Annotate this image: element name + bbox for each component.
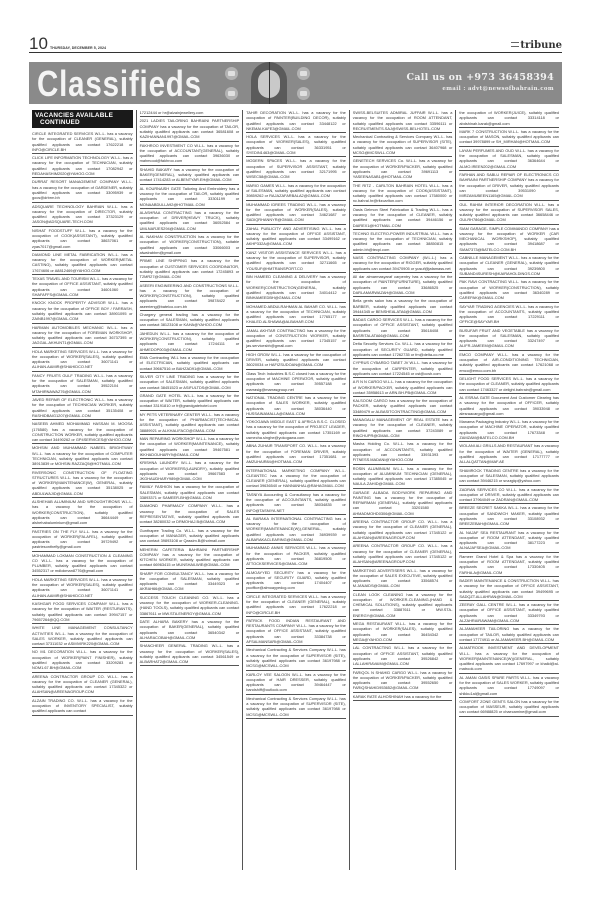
classified-ad: AL NAJAF SEA RESTAURANT has a vacancy fo… (459, 529, 559, 553)
classified-ad: NISHAT FOODSTUFF W.L.L. has a vacancy fo… (32, 227, 133, 251)
classified-ad: AREENA CONTRACTOR GROUP CO. W.L.L. has a… (32, 673, 133, 697)
banner-email: email : advt@newsofbahrain.com (442, 86, 554, 92)
avatar-divider (269, 62, 270, 104)
classified-ad: PATRICK FOOD INDIAN RESTAURANT AND RESTA… (246, 617, 346, 646)
classified-ad: CLICK LIFE INFORMATION TECHNOLOGY W.L.L.… (32, 154, 133, 178)
classified-ad: A R N N CARGO W.L.L. has a vacancy for t… (353, 378, 453, 397)
column-3: TAHIR DECORATION W.L.L. has a vacancy fo… (242, 110, 349, 870)
classified-ad: PASTRIES ON THE FLY W.L.L. has a vacancy… (32, 528, 133, 552)
classified-ad: MEHERIN CAFETERIA BAHRAINI PARTNERSHIP C… (140, 546, 240, 570)
classified-ad: KRISHNA LAUNDRY W.L.L. has a vacancy for… (140, 459, 240, 483)
classified-ad: KARAK RATE ALHOSHINAH has a vacancy for … (353, 693, 453, 701)
classified-ad: MUHAMMAD IDREES TRADING W.L.L. has a vac… (246, 201, 346, 225)
classified-ad: TECHNO ELECTRO-POWER INDUSTRIAL W.L.L. h… (353, 230, 453, 254)
classified-ad: EMCO COMPANY W.L.L. has a vacancy for th… (459, 351, 559, 375)
globe-icon (297, 87, 310, 100)
classified-ad: ALSHEHAB ALUMINIUM AND WROUGHTIRONS W.L.… (32, 498, 133, 527)
classified-ad: SWISS-BELSUITES ADMIRAL JUFFAIR W.L.L. h… (353, 110, 453, 133)
classified-ad: SILVER CITY LINE TRADING has a vacancy f… (140, 373, 240, 392)
classified-ad: JAMAL AKHTAR CONTRACTING has a vacancy f… (246, 327, 346, 351)
classified-ad: FAKHROO INVESTMENT CO W.L.L. has a vacan… (140, 142, 240, 166)
masthead-rule (29, 52, 281, 53)
chat-icon (225, 87, 238, 100)
classified-ad: MARKETING ADVERTISERS W.L.L. has a vacan… (353, 567, 453, 591)
classified-ad: SUCCESS TOUCH CLEANING CO. W.L.L. has a … (140, 594, 240, 618)
classified-ad: DIAMOND PHARMACY COMPANY W.L.L. has a va… (140, 502, 240, 526)
classified-ad: AL BARAKA INTERNATIONAL CONTRACTING has … (246, 515, 346, 544)
classified-ad: COMFORT ZONE GENTS SALON has a vacancy f… (459, 698, 559, 717)
classified-ad: MAN REPAIRING WORKSHOP W.L.L. has a vaca… (140, 435, 240, 459)
classified-ad: MARK 7 CONSTRUCTION W.L.L. has a vacancy… (459, 128, 559, 147)
classified-ad: ALJAMAHEER TAILORING has a vacancy for t… (459, 625, 559, 644)
classified-ad: INTERNATIONAL MARKETING COMPANY W.L.L. C… (246, 467, 346, 491)
classified-ad: MOHAMED ABDULRAHMAN AL BAHAR CO. W.L.L. … (246, 303, 346, 327)
classified-ad: AL NAKHAN CONSTRUCTION has a vacancy for… (140, 233, 240, 257)
classified-ad: AREENA CONTRACTOR GROUP CO. W.L.L. has a… (353, 542, 453, 566)
classified-ad: NASEEB AHMED MOHAMMAD HASSAN M. MOOSA (1… (32, 420, 133, 444)
classified-ad: AL KOURNAISH GATE Tailoring And Embroide… (140, 185, 240, 209)
classified-ad: SIAM GARAGE- SIMPLE COMMANDO COMPANY has… (459, 225, 559, 254)
classified-ad: PAK RAVI CONTRACTING W.L.L. has a vacanc… (459, 278, 559, 302)
classified-ad: CABNILLE MANAGEMENT W.L.L. has a vacancy… (459, 254, 559, 278)
classified-ad: Bella gents salon has a vacancy for the … (353, 297, 453, 316)
classified-ad: Chargery general trading has a vacancy f… (140, 311, 240, 330)
classified-ad: BIN HAMEED CLEANING & DELIVERY has a vac… (246, 273, 346, 302)
classified-ad: LAL CONTRACTING W.L.L. has a vacancy for… (353, 644, 453, 668)
classified-ad: CIRCLE INTEGRATED SERVICES W.L.L. has a … (32, 130, 133, 154)
classified-ad: AL AMAN OASIS SPARE PARTS W.L.L. has a v… (459, 674, 559, 698)
classified-ad: Delta Security Services Co. W.L.L. has a… (353, 340, 453, 359)
classified-ad: GARAGE ALBADA BODYWORK REPAIRING AND PAI… (353, 489, 453, 518)
classified-ad: NASS CONTRACTING COMPANY (W.L.L.) has a … (353, 254, 453, 273)
classified-ad: RIVERSONIC CONSTRUCTION OF FLOATING STRU… (32, 469, 133, 498)
classified-ad: NATIONAL TRADING CENTRE has a vacancy fo… (246, 394, 346, 418)
classified-ad: Mechanical Contracting & Services Compan… (246, 646, 346, 670)
classified-ad: BADAS CARGO SERVICES W.L.L. has a vacanc… (353, 316, 453, 340)
classified-ad: Glass Tech Industries B.S.C closed has a… (246, 370, 346, 394)
classified-ad: KANZ VISITOR ASSISTANCE SERVICES W.L.L. … (246, 249, 346, 273)
classified-ad: MUHAMMAD ANNIS SERVICES W.L.L. has a vac… (246, 544, 346, 568)
classified-ad: LAYAN PERFUMES AND OUD W.L.L. has a vaca… (459, 147, 559, 171)
classified-ad: ZAHAL PUBLICITY AND ADVERTISING W.L.L. h… (246, 225, 346, 249)
classified-ad: MOHAMMAD LOKMAN CONSTRUCTION & CLEANING … (32, 552, 133, 576)
classified-ad: ZEERAY GALL CENTRE W.L.L. has a vacancy … (459, 601, 559, 625)
column-4: SWISS-BELSUITES ADMIRAL JUFFAIR W.L.L. h… (349, 110, 456, 870)
classified-ad: ADSQUARE TECHNOLOGY BAHRAIN W.L.L. has a… (32, 203, 133, 227)
classified-ad: 2021 LADIES TAILORING BAHRAINI PARTNERSH… (140, 117, 240, 141)
classified-ad: GENETECH SERVICES Co. W.L.L. has a vacan… (353, 157, 453, 181)
classified-ad: KARLOY VEE SALOON W.L.L. has a vacancy f… (246, 671, 346, 695)
classified-ad: GUL RAHIM INTERIOR DECORATION W.L.L. has… (459, 201, 559, 225)
classified-ad: FARIQOL N SHAHID CARGO W.L.L. has a vaca… (353, 669, 453, 693)
classified-ad: MEGA RESTAURANT W.L.L. has a vacancy for… (353, 620, 453, 644)
classified-ad: SHANCHEER GENERAL TRADING W.L.L. has a v… (140, 642, 240, 666)
classified-ad: TASNIYA Accounting & Consultancy has a v… (246, 491, 346, 515)
section-header: VACANCIES AVAILABLE CONTINUED (32, 110, 133, 128)
classified-ad: All dar almarmasyaraf carpentry has a va… (353, 273, 453, 297)
masthead (29, 33, 280, 53)
classified-ad: Masha Holding Co. W.L.L. has a vacancy f… (353, 440, 453, 464)
classified-ad: DELIGHT FOOD SERVICES W.L.L. has a vacan… (459, 375, 559, 394)
classified-ad: ASEERI ENGINEERING AND CONSTRUCTIONS W.L… (140, 282, 240, 311)
classified-ad: ROSIN ALUMINIUM W.L.L. has a vacancy for… (353, 465, 453, 489)
masthead-rule-right (280, 52, 562, 53)
classified-ad: DURRAT RESORT MANAGEMENT COMPANY W.L.L. … (32, 178, 133, 202)
classified-ad: FANCY FRUITS GULF TRADING W.L.L. has a v… (32, 372, 133, 396)
classified-ad: Mechanical Contracting & Services Compan… (353, 133, 453, 157)
classified-ad: BREEZE SECRET SAKKA W.L.L. has a vacancy… (459, 504, 559, 528)
classified-ad: ALMATROOK INVESTMENT AND DEVELOPMENT W.L… (459, 644, 559, 673)
banner-title: Classifieds (37, 64, 202, 104)
classified-ad: YOKOGAWA MIDDLE EAST & AFRICA B.S.C. CLO… (246, 418, 346, 442)
classifieds-columns: VACANCIES AVAILABLE CONTINUED CIRCLE INT… (29, 110, 562, 870)
classified-ad: MANAGALU MANAGEMENT OF REAL ESTATE has a… (353, 416, 453, 440)
classified-ad: FARHAN AND SABLU REPAIR OF ELECTRONICS C… (459, 171, 559, 200)
classified-ad: JAHEDUN W.L.L. has a vacancy for the occ… (140, 330, 240, 354)
classified-ad: SAYYAR TRADING AGENCIES W.L.L. has a vac… (459, 303, 559, 327)
classified-ad: EMA Contracting WLL has a vacancy for th… (140, 354, 240, 373)
issue-date: THURSDAY, DECEMBER 5, 2024 (50, 46, 106, 50)
newspaper-logo: tribune (511, 40, 562, 51)
classified-ad: CLEAN LOOK CLEANING has a vacancy for th… (353, 591, 453, 620)
classified-ad: SHAMROCK TRADING CENTRE has a vacancy fo… (459, 467, 559, 486)
classifieds-banner: Classifieds Call us on +973 36458394 ema… (29, 62, 562, 104)
classified-ad: THE RITZ - CARLTON BAHRAIN HOTEL W.L.L. … (353, 182, 453, 206)
classified-ad: ALMOAYYED SECURITY has a vacancy for the… (246, 569, 346, 593)
classified-ad: KALSOOM CARGO has a vacancy for the occu… (353, 397, 453, 416)
classified-ad: WOLANI ALI GRILLS AND RESTAURANT has a v… (459, 442, 559, 466)
column-1: VACANCIES AVAILABLE CONTINUED CIRCLE INT… (29, 110, 136, 870)
phone-icon (297, 67, 310, 80)
classified-ad: MODERN SPACES W.L.L. has a vacancy for t… (246, 157, 346, 181)
classified-ad: JAVED REPAIR OF ELECTRONIC W.L.L. has a … (32, 396, 133, 420)
classified-ad: ABNA ZUHAIR TRANSPORT CO. W.L.L. has a v… (246, 442, 346, 466)
classified-ad: TEXAS TRAVEL AND TOURISM W.L.L. has a va… (32, 275, 133, 299)
classified-ad: HOLA SERVICES W.L.L. has a vacancy for t… (246, 133, 346, 157)
classified-ad: HOLA MARKETING SERVICES W.L.L. has a vac… (32, 348, 133, 372)
classified-ad: KNOCK KNOCK PROPERTY ADVISOR W.L.L. has … (32, 299, 133, 323)
section-subtitle: CONTINUED (35, 119, 130, 126)
classified-ad: MY PETS VETERINARY CENTER W.L.L. has a v… (140, 411, 240, 435)
classified-ad: Rameer Grand Hotel & Spa has a vacancy f… (459, 553, 559, 577)
classified-ad: AREENA CONTRACTOR GROUP CO. W.L.L. has a… (353, 518, 453, 542)
column-2: 17212444 or hr@alzainjewellery.com2021 L… (136, 110, 243, 870)
classified-ad: TAHIR DECORATION W.L.L. has a vacancy fo… (246, 110, 346, 133)
classified-ad: NO M1 DECORATION W.L.L. has a vacancy fo… (32, 648, 133, 672)
column-5: the occupation of WORKER(JUICE), suitabl… (455, 110, 562, 870)
classified-ad: SHARP FOR CONSULTANCY W.L.L. has a vacan… (140, 570, 240, 594)
section-title: VACANCIES AVAILABLE (35, 112, 130, 119)
classified-ad: FAMILY FASHION has a vacancy for the occ… (140, 483, 240, 502)
banner-phone: Call us on +973 36458394 (406, 72, 554, 83)
classified-ad: 17212444 or hr@alzainjewellery.com (140, 110, 240, 117)
classified-ad: AL ESRAA GATE Document And Customer Clea… (459, 394, 559, 418)
logo-mark-icon (511, 42, 519, 47)
classified-ad: HIGH GROW W.L.L. has a vacancy for the o… (246, 351, 346, 370)
classified-ad: GRAND GATE HOTEL W.L.L. has a vacancy fo… (140, 392, 240, 411)
mail-icon (225, 67, 238, 80)
classified-ad: MOHSIN AND MUHAMMAD NABEEL BRIGHTWAY W.L… (32, 444, 133, 468)
classified-ad: WHITE LINE MANAGEMENT CONSULTANCY ACTIVI… (32, 624, 133, 648)
classified-ad: the occupation of WORKER(JUICE), suitabl… (459, 110, 559, 128)
classified-ad: ZADRAN SERVICES CO W.L.L. has a vacancy … (459, 486, 559, 505)
classified-ad: BADER MAINTENANCE & CONSTRUCTION W.L.L. … (459, 577, 559, 601)
brand-name: tribune (520, 40, 562, 51)
classified-ad: MARIO GAMES W.L.L. has a vacancy for the… (246, 182, 346, 201)
classified-ad: DIAMOND LINE METAL FABRICATION W.L.L. ha… (32, 251, 133, 275)
classified-ad: ALASHRAA CONTRACTING has a vacancy for t… (140, 209, 240, 233)
classified-ad: CYPRUS CYBARDO TABET JV W.L.L. has a vac… (353, 359, 453, 378)
page-number: 10 (29, 35, 48, 52)
classified-ad: HOLA MARKETING SERVICES W.L.L. has a vac… (32, 576, 133, 600)
classified-ad: DATE ALHARA BAKERY has a vacancy for the… (140, 618, 240, 642)
avatar-illustration (247, 62, 291, 104)
classified-ad: Manama Packaging Industry W.L.L. has a v… (459, 418, 559, 442)
classified-ad: Oasis Delmon Steel Fabrication & Trading… (353, 206, 453, 230)
classified-ad: Mechanical Contracting & Services Compan… (246, 695, 346, 719)
classified-ad: PRIME LINE SHIPPING has a vacancy for th… (140, 257, 240, 281)
classified-ad: ALZAIN TRADING CO. W.L.L. has a vacancy … (32, 697, 133, 716)
classified-ad: HARMAN AUTOMOBILES MECHANIC W.L.L. has a… (32, 324, 133, 348)
classified-ad: KASHGAR FOOD SERVICES COMPANY W.L.L. has… (32, 600, 133, 624)
classified-ad: BUSUFAR FRUIT AND VEGETABLE has a vacanc… (459, 327, 559, 351)
classified-ad: SHAHID BAKARY has a vacancy for the occu… (140, 166, 240, 185)
classified-ad: Gunthapee Trading Co. W.L.L. has a vacan… (140, 527, 240, 546)
classified-ad: CIRCLE INTEGRATED SERVICES W.L.L. has a … (246, 593, 346, 617)
